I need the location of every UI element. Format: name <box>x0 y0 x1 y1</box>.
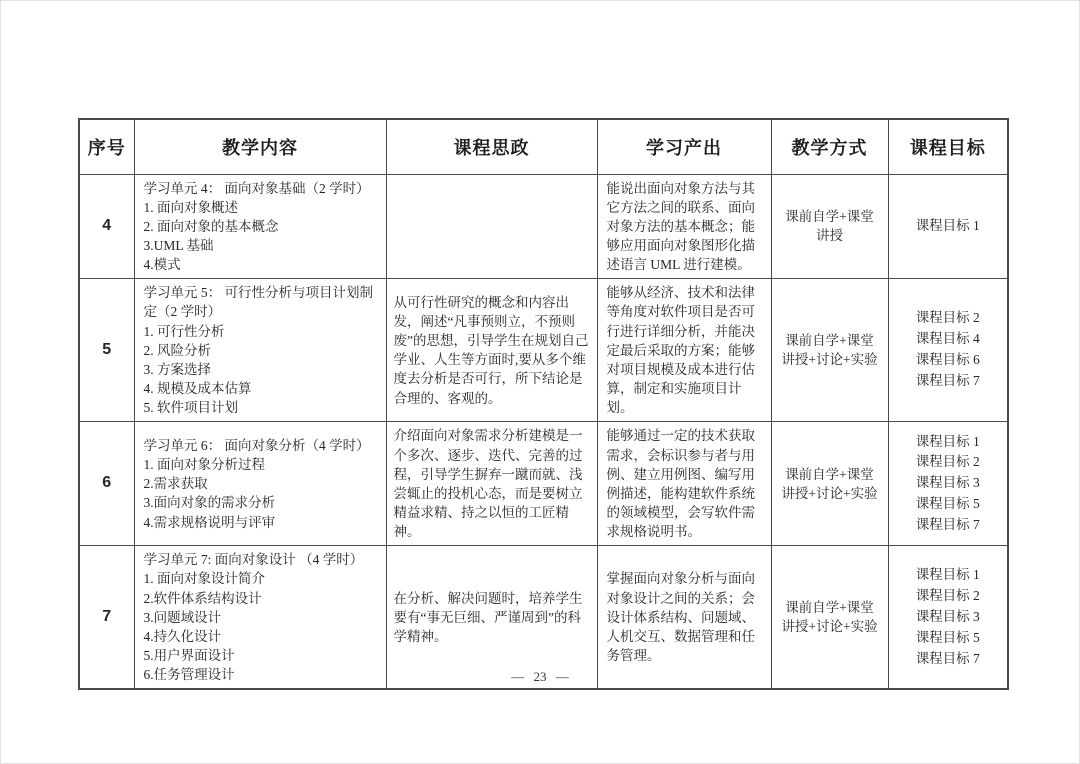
course-ideology-cell <box>386 174 597 279</box>
learning-output-cell: 掌握面向对象分析与面向对象设计之间的关系；会设计体系结构、问题域、人机交互、数据… <box>597 546 771 690</box>
teaching-content-cell: 学习单元 5： 可行性分析与项目计划制定（2 学时） 1. 可行性分析 2. 风… <box>134 279 386 422</box>
course-ideology-cell: 从可行性研究的概念和内容出发，阐述“凡事预则立，不预则废”的思想，引导学生在规划… <box>386 279 597 422</box>
row-index: 5 <box>79 279 134 422</box>
teaching-content-cell: 学习单元 6： 面向对象分析（4 学时） 1. 面向对象分析过程 2.需求获取 … <box>134 422 386 546</box>
course-ideology-cell: 在分析、解决问题时，培养学生要有“事无巨细、严谨周到”的科学精神。 <box>386 546 597 690</box>
document-page: 序号 教学内容 课程思政 学习产出 教学方式 课程目标 4 学习单元 4： 面向… <box>0 0 1080 764</box>
teaching-method-cell: 课前自学+课堂讲授+讨论+实验 <box>771 279 888 422</box>
course-objectives-cell: 课程目标 1 课程目标 2 课程目标 3 课程目标 5 课程目标 7 <box>888 546 1008 690</box>
table-row: 5 学习单元 5： 可行性分析与项目计划制定（2 学时） 1. 可行性分析 2.… <box>79 279 1008 422</box>
course-objectives-cell: 课程目标 1 课程目标 2 课程目标 3 课程目标 5 课程目标 7 <box>888 422 1008 546</box>
table-row: 7 学习单元 7: 面向对象设计 （4 学时） 1. 面向对象设计简介 2.软件… <box>79 546 1008 690</box>
learning-output-cell: 能够通过一定的技术获取需求，会标识参与者与用例、建立用例图、编写用例描述，能构建… <box>597 422 771 546</box>
column-header-teaching-content: 教学内容 <box>134 119 386 174</box>
teaching-method-cell: 课前自学+课堂讲授 <box>771 174 888 279</box>
row-index: 4 <box>79 174 134 279</box>
learning-output-cell: 能说出面向对象方法与其它方法之间的联系、面向对象方法的基本概念；能够应用面向对象… <box>597 174 771 279</box>
course-objectives-cell: 课程目标 2 课程目标 4 课程目标 6 课程目标 7 <box>888 279 1008 422</box>
column-header-course-objectives: 课程目标 <box>888 119 1008 174</box>
teaching-method-cell: 课前自学+课堂讲授+讨论+实验 <box>771 546 888 690</box>
column-header-learning-output: 学习产出 <box>597 119 771 174</box>
course-ideology-cell: 介绍面向对象需求分析建模是一个多次、逐步、迭代、完善的过程，引导学生摒弃一蹴而就… <box>386 422 597 546</box>
column-header-course-ideology: 课程思政 <box>386 119 597 174</box>
column-header-teaching-method: 教学方式 <box>771 119 888 174</box>
course-syllabus-table: 序号 教学内容 课程思政 学习产出 教学方式 课程目标 4 学习单元 4： 面向… <box>78 118 1009 690</box>
teaching-content-cell: 学习单元 7: 面向对象设计 （4 学时） 1. 面向对象设计简介 2.软件体系… <box>134 546 386 690</box>
teaching-content-cell: 学习单元 4： 面向对象基础（2 学时） 1. 面向对象概述 2. 面向对象的基… <box>134 174 386 279</box>
course-objectives-cell: 课程目标 1 <box>888 174 1008 279</box>
column-header-index: 序号 <box>79 119 134 174</box>
page-number: — 23 — <box>1 669 1079 685</box>
table-header-row: 序号 教学内容 课程思政 学习产出 教学方式 课程目标 <box>79 119 1008 174</box>
row-index: 6 <box>79 422 134 546</box>
learning-output-cell: 能够从经济、技术和法律等角度对软件项目是否可行进行详细分析，并能决定最后采取的方… <box>597 279 771 422</box>
table-row: 4 学习单元 4： 面向对象基础（2 学时） 1. 面向对象概述 2. 面向对象… <box>79 174 1008 279</box>
teaching-method-cell: 课前自学+课堂讲授+讨论+实验 <box>771 422 888 546</box>
row-index: 7 <box>79 546 134 690</box>
table-row: 6 学习单元 6： 面向对象分析（4 学时） 1. 面向对象分析过程 2.需求获… <box>79 422 1008 546</box>
